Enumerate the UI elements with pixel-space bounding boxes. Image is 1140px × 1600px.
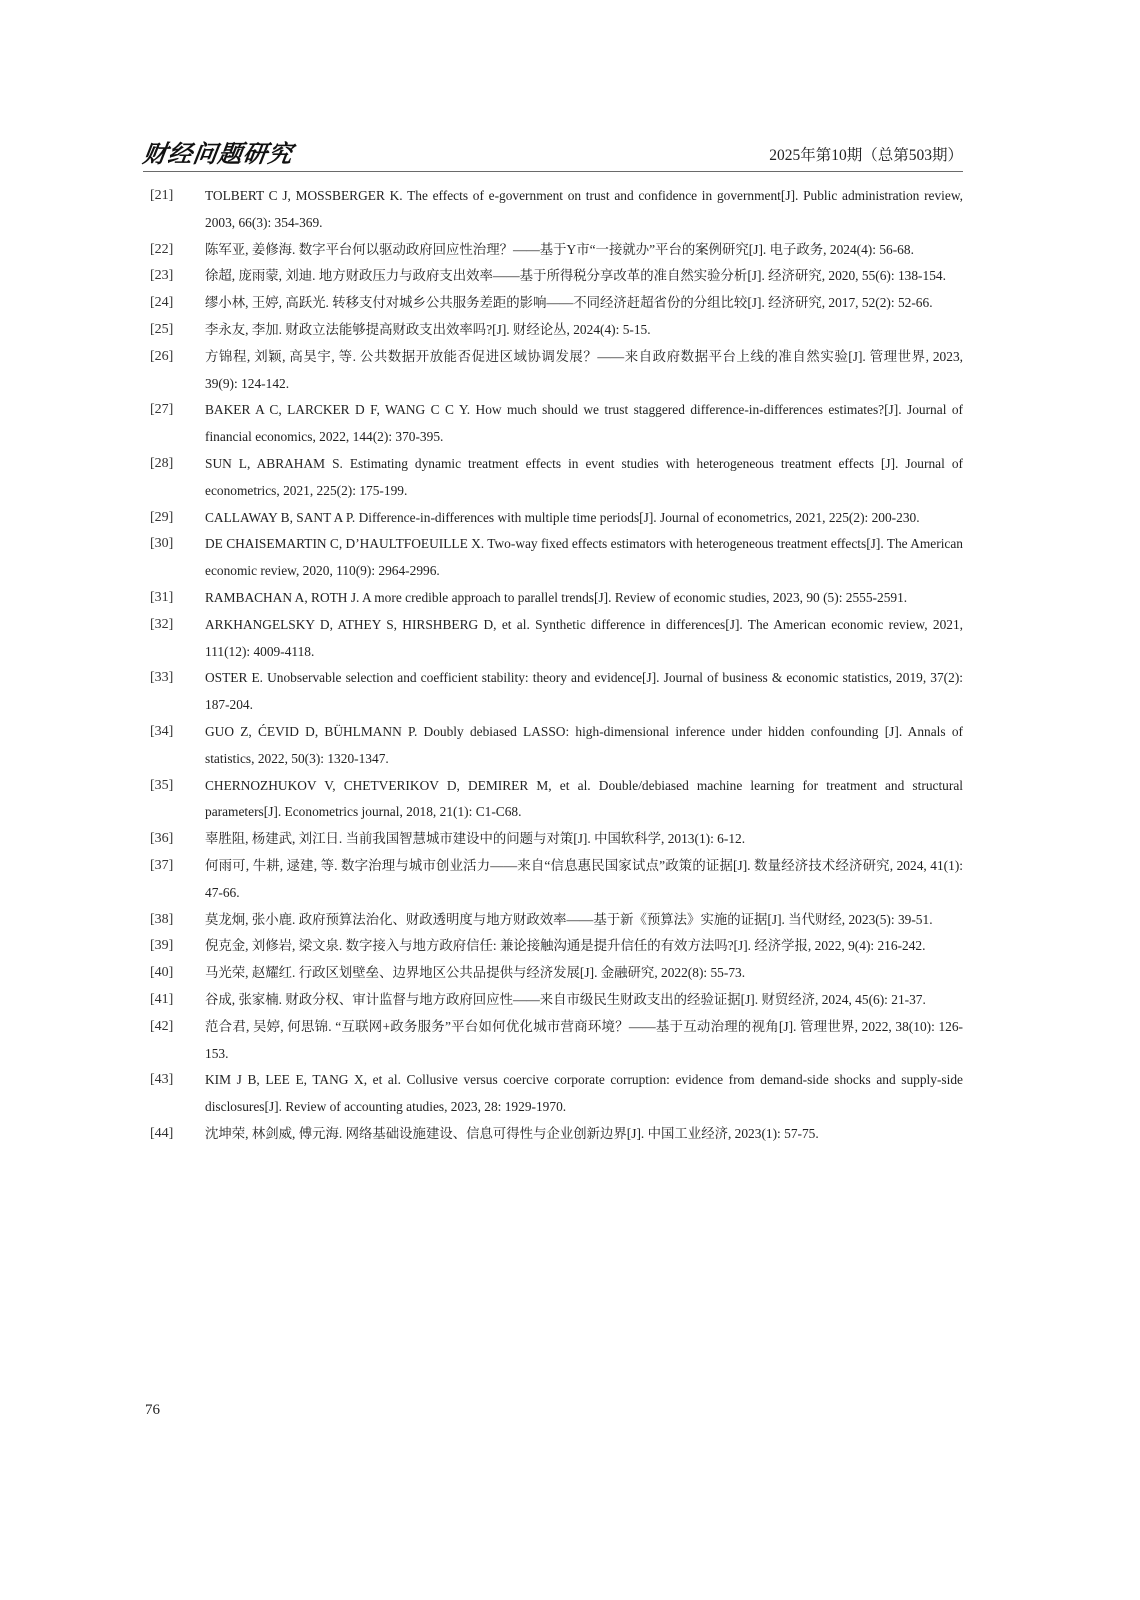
reference-text: TOLBERT C J, MOSSBERGER K. The effects o… [205, 183, 963, 237]
reference-number: [34] [150, 719, 194, 746]
reference-text: 马光荣, 赵耀红. 行政区划壁垒、边界地区公共品提供与经济发展[J]. 金融研究… [205, 960, 963, 987]
reference-number: [44] [150, 1121, 194, 1148]
reference-number: [27] [150, 397, 194, 424]
reference-text: CALLAWAY B, SANT A P. Difference-in-diff… [205, 505, 963, 532]
reference-text: 陈军亚, 姜修海. 数字平台何以驱动政府回应性治理？——基于Y市“一接就办”平台… [205, 237, 963, 264]
reference-number: [33] [150, 665, 194, 692]
reference-number: [35] [150, 773, 194, 800]
reference-number: [43] [150, 1067, 194, 1094]
reference-item: [37] 何雨可, 牛耕, 逯建, 等. 数字治理与城市创业活力——来自“信息惠… [150, 853, 963, 907]
reference-text: 徐超, 庞雨蒙, 刘迪. 地方财政压力与政府支出效率——基于所得税分享改革的准自… [205, 263, 963, 290]
reference-item: [42] 范合君, 吴婷, 何思锦. “互联网+政务服务”平台如何优化城市营商环… [150, 1014, 963, 1068]
reference-item: [23] 徐超, 庞雨蒙, 刘迪. 地方财政压力与政府支出效率——基于所得税分享… [150, 263, 963, 290]
reference-item: [39] 倪克金, 刘修岩, 梁文泉. 数字接入与地方政府信任: 兼论接触沟通是… [150, 933, 963, 960]
issue-info: 2025年第10期（总第503期） [769, 146, 963, 166]
reference-text: 缪小林, 王婷, 高跃光. 转移支付对城乡公共服务差距的影响——不同经济赶超省份… [205, 290, 963, 317]
reference-text: CHERNOZHUKOV V, CHETVERIKOV D, DEMIRER M… [205, 773, 963, 827]
reference-number: [21] [150, 183, 194, 210]
reference-number: [39] [150, 933, 194, 960]
reference-item: [28] SUN L, ABRAHAM S. Estimating dynami… [150, 451, 963, 505]
reference-text: 何雨可, 牛耕, 逯建, 等. 数字治理与城市创业活力——来自“信息惠民国家试点… [205, 853, 963, 907]
reference-text: BAKER A C, LARCKER D F, WANG C C Y. How … [205, 397, 963, 451]
reference-item: [40] 马光荣, 赵耀红. 行政区划壁垒、边界地区公共品提供与经济发展[J].… [150, 960, 963, 987]
reference-number: [37] [150, 853, 194, 880]
reference-item: [26] 方锦程, 刘颖, 高昊宇, 等. 公共数据开放能否促进区域协调发展？—… [150, 344, 963, 398]
reference-item: [33] OSTER E. Unobservable selection and… [150, 665, 963, 719]
reference-number: [26] [150, 344, 194, 371]
reference-item: [21] TOLBERT C J, MOSSBERGER K. The effe… [150, 183, 963, 237]
reference-text: 辜胜阻, 杨建武, 刘江日. 当前我国智慧城市建设中的问题与对策[J]. 中国软… [205, 826, 963, 853]
reference-text: 谷成, 张家楠. 财政分权、审计监督与地方政府回应性——来自市级民生财政支出的经… [205, 987, 963, 1014]
reference-item: [44] 沈坤荣, 林剑威, 傅元海. 网络基础设施建设、信息可得性与企业创新边… [150, 1121, 963, 1148]
reference-item: [30] DE CHAISEMARTIN C, D’HAULTFOEUILLE … [150, 531, 963, 585]
reference-number: [42] [150, 1014, 194, 1041]
journal-logo: 财经问题研究 [141, 140, 295, 168]
reference-item: [43] KIM J B, LEE E, TANG X, et al. Coll… [150, 1067, 963, 1121]
reference-number: [32] [150, 612, 194, 639]
page-number: 76 [145, 1402, 160, 1419]
reference-text: GUO Z, ĆEVID D, BÜHLMANN P. Doubly debia… [205, 719, 963, 773]
reference-number: [30] [150, 531, 194, 558]
reference-item: [32] ARKHANGELSKY D, ATHEY S, HIRSHBERG … [150, 612, 963, 666]
reference-text: 莫龙炯, 张小鹿. 政府预算法治化、财政透明度与地方财政效率——基于新《预算法》… [205, 907, 963, 934]
reference-number: [22] [150, 237, 194, 264]
reference-item: [41] 谷成, 张家楠. 财政分权、审计监督与地方政府回应性——来自市级民生财… [150, 987, 963, 1014]
reference-number: [41] [150, 987, 194, 1014]
reference-number: [40] [150, 960, 194, 987]
reference-text: 沈坤荣, 林剑威, 傅元海. 网络基础设施建设、信息可得性与企业创新边界[J].… [205, 1121, 963, 1148]
reference-item: [22] 陈军亚, 姜修海. 数字平台何以驱动政府回应性治理？——基于Y市“一接… [150, 237, 963, 264]
reference-item: [35] CHERNOZHUKOV V, CHETVERIKOV D, DEMI… [150, 773, 963, 827]
reference-item: [25] 李永友, 李加. 财政立法能够提高财政支出效率吗?[J]. 财经论丛,… [150, 317, 963, 344]
reference-number: [28] [150, 451, 194, 478]
reference-text: ARKHANGELSKY D, ATHEY S, HIRSHBERG D, et… [205, 612, 963, 666]
reference-number: [36] [150, 826, 194, 853]
reference-text: 李永友, 李加. 财政立法能够提高财政支出效率吗?[J]. 财经论丛, 2024… [205, 317, 963, 344]
reference-text: 方锦程, 刘颖, 高昊宇, 等. 公共数据开放能否促进区域协调发展？——来自政府… [205, 344, 963, 398]
reference-number: [31] [150, 585, 194, 612]
reference-item: [36] 辜胜阻, 杨建武, 刘江日. 当前我国智慧城市建设中的问题与对策[J]… [150, 826, 963, 853]
reference-number: [23] [150, 263, 194, 290]
reference-text: SUN L, ABRAHAM S. Estimating dynamic tre… [205, 451, 963, 505]
reference-number: [25] [150, 317, 194, 344]
page-header: 财经问题研究 2025年第10期（总第503期） [143, 140, 963, 172]
reference-item: [38] 莫龙炯, 张小鹿. 政府预算法治化、财政透明度与地方财政效率——基于新… [150, 907, 963, 934]
reference-text: RAMBACHAN A, ROTH J. A more credible app… [205, 585, 963, 612]
reference-item: [34] GUO Z, ĆEVID D, BÜHLMANN P. Doubly … [150, 719, 963, 773]
reference-item: [31] RAMBACHAN A, ROTH J. A more credibl… [150, 585, 963, 612]
reference-text: DE CHAISEMARTIN C, D’HAULTFOEUILLE X. Tw… [205, 531, 963, 585]
reference-text: KIM J B, LEE E, TANG X, et al. Collusive… [205, 1067, 963, 1121]
reference-item: [24] 缪小林, 王婷, 高跃光. 转移支付对城乡公共服务差距的影响——不同经… [150, 290, 963, 317]
reference-number: [38] [150, 907, 194, 934]
reference-item: [29] CALLAWAY B, SANT A P. Difference-in… [150, 505, 963, 532]
reference-text: 倪克金, 刘修岩, 梁文泉. 数字接入与地方政府信任: 兼论接触沟通是提升信任的… [205, 933, 963, 960]
reference-text: OSTER E. Unobservable selection and coef… [205, 665, 963, 719]
reference-list: [21] TOLBERT C J, MOSSBERGER K. The effe… [150, 183, 963, 1148]
reference-number: [29] [150, 505, 194, 532]
reference-text: 范合君, 吴婷, 何思锦. “互联网+政务服务”平台如何优化城市营商环境？——基… [205, 1014, 963, 1068]
reference-item: [27] BAKER A C, LARCKER D F, WANG C C Y.… [150, 397, 963, 451]
reference-number: [24] [150, 290, 194, 317]
